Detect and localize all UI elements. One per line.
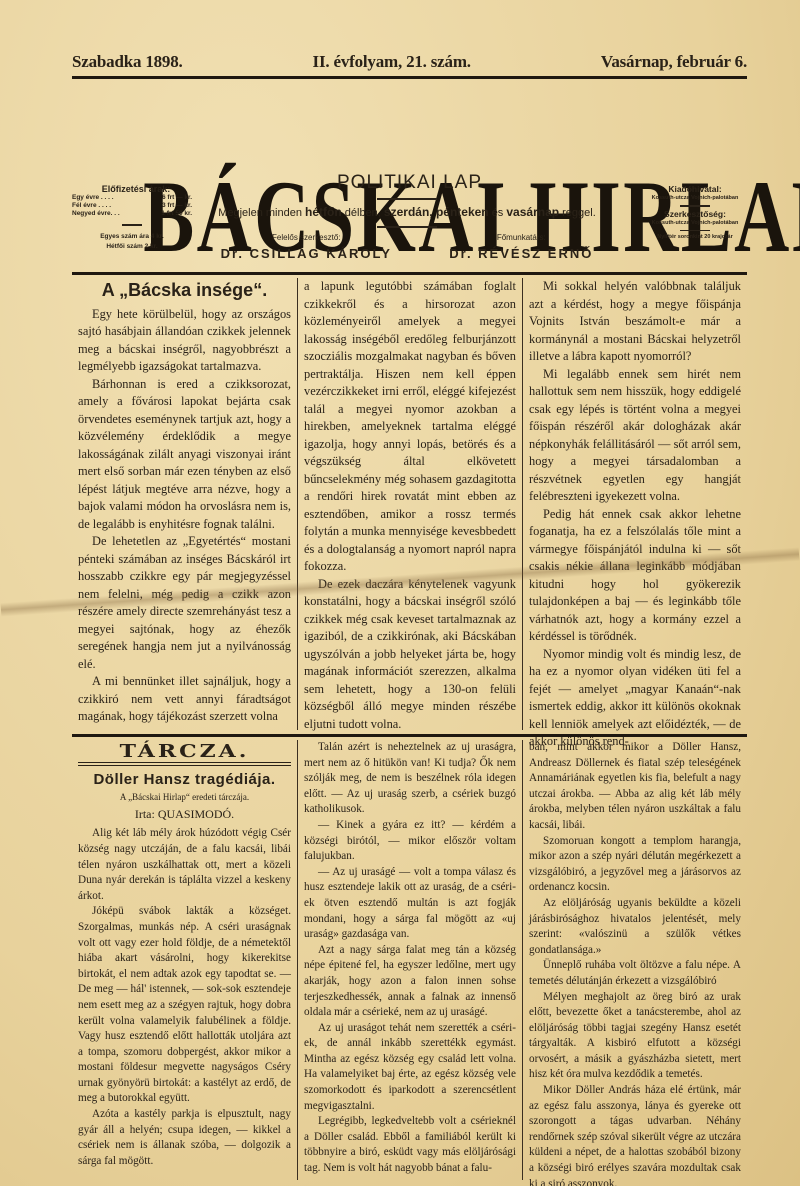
chief-contributor: Főmunkatárs: Dr. RÉVÉSZ ERNŐ xyxy=(449,233,593,261)
prices-heading: Előfizetési árak: xyxy=(80,184,192,194)
story-title: Döller Hansz tragédiája. xyxy=(78,772,291,788)
divider xyxy=(377,198,437,200)
divider xyxy=(78,762,291,766)
single-issue-price: Egyes szám ára 4 kr. xyxy=(72,232,192,242)
issue-date: Vasárnap, február 6. xyxy=(601,52,747,72)
section-rule xyxy=(72,734,747,737)
place-year: Szabadka 1898. xyxy=(72,52,183,72)
feuilleton: TÁRCZA. Döller Hansz tragédiája. A „Bács… xyxy=(72,740,747,1180)
article-title: A „Bácska insége“. xyxy=(78,282,291,300)
divider xyxy=(377,226,437,228)
article-column: Mi sokkal helyén valóbbnak találjuk azt … xyxy=(522,278,747,730)
editors: Felelős szerkesztő: Dr. CSILLAG KÁROLY F… xyxy=(192,233,622,261)
feuilleton-column: TÁRCZA. Döller Hansz tragédiája. A „Bács… xyxy=(72,740,297,1180)
publishing-schedule: Megjelen minden hétfőn délben, szerdán, … xyxy=(192,205,622,219)
feuilleton-column: ban, mint akkor mikor a Döller Hansz, An… xyxy=(522,740,747,1180)
masthead: BÁCSKAI HIRLAP xyxy=(72,86,747,178)
feuilleton-column: Talán azért is neheztelnek az uj uraságr… xyxy=(297,740,522,1180)
story-author: Irta: QUASIMODÓ. xyxy=(78,807,291,823)
volume-number: II. évfolyam, 21. szám. xyxy=(313,52,471,72)
price-row: Fél évre . . . .3 frt — kr. xyxy=(72,202,192,210)
monday-issue-price: Hétfői szám 2 kr. xyxy=(72,242,192,252)
article-column: A „Bácska insége“. Egy hete körülbelül, … xyxy=(72,278,297,730)
article-column: a lapunk legutóbbi számában foglalt czik… xyxy=(297,278,522,730)
section-title: TÁRCZA. xyxy=(78,746,291,758)
dateline: Szabadka 1898. II. évfolyam, 21. szám. V… xyxy=(72,52,747,72)
story-subtitle: A „Bácskai Hirlap“ eredeti tárczája. xyxy=(78,790,291,806)
divider xyxy=(122,224,142,226)
header-bottom-rule xyxy=(72,272,747,275)
office-info: Kiadóhivatal: Kossuth-utcza Vojnich-palo… xyxy=(631,184,759,242)
lead-article: A „Bácska insége“. Egy hete körülbelül, … xyxy=(72,278,747,730)
price-row: Negyed évre. . .1 frt 50 kr. xyxy=(72,210,192,218)
subscription-prices: Előfizetési árak: Egy évre . . . .6 frt … xyxy=(72,184,192,252)
editor-in-chief: Felelős szerkesztő: Dr. CSILLAG KÁROLY xyxy=(221,233,392,261)
header-rule xyxy=(72,76,747,79)
price-row: Egy évre . . . .6 frt — kr. xyxy=(72,194,192,202)
